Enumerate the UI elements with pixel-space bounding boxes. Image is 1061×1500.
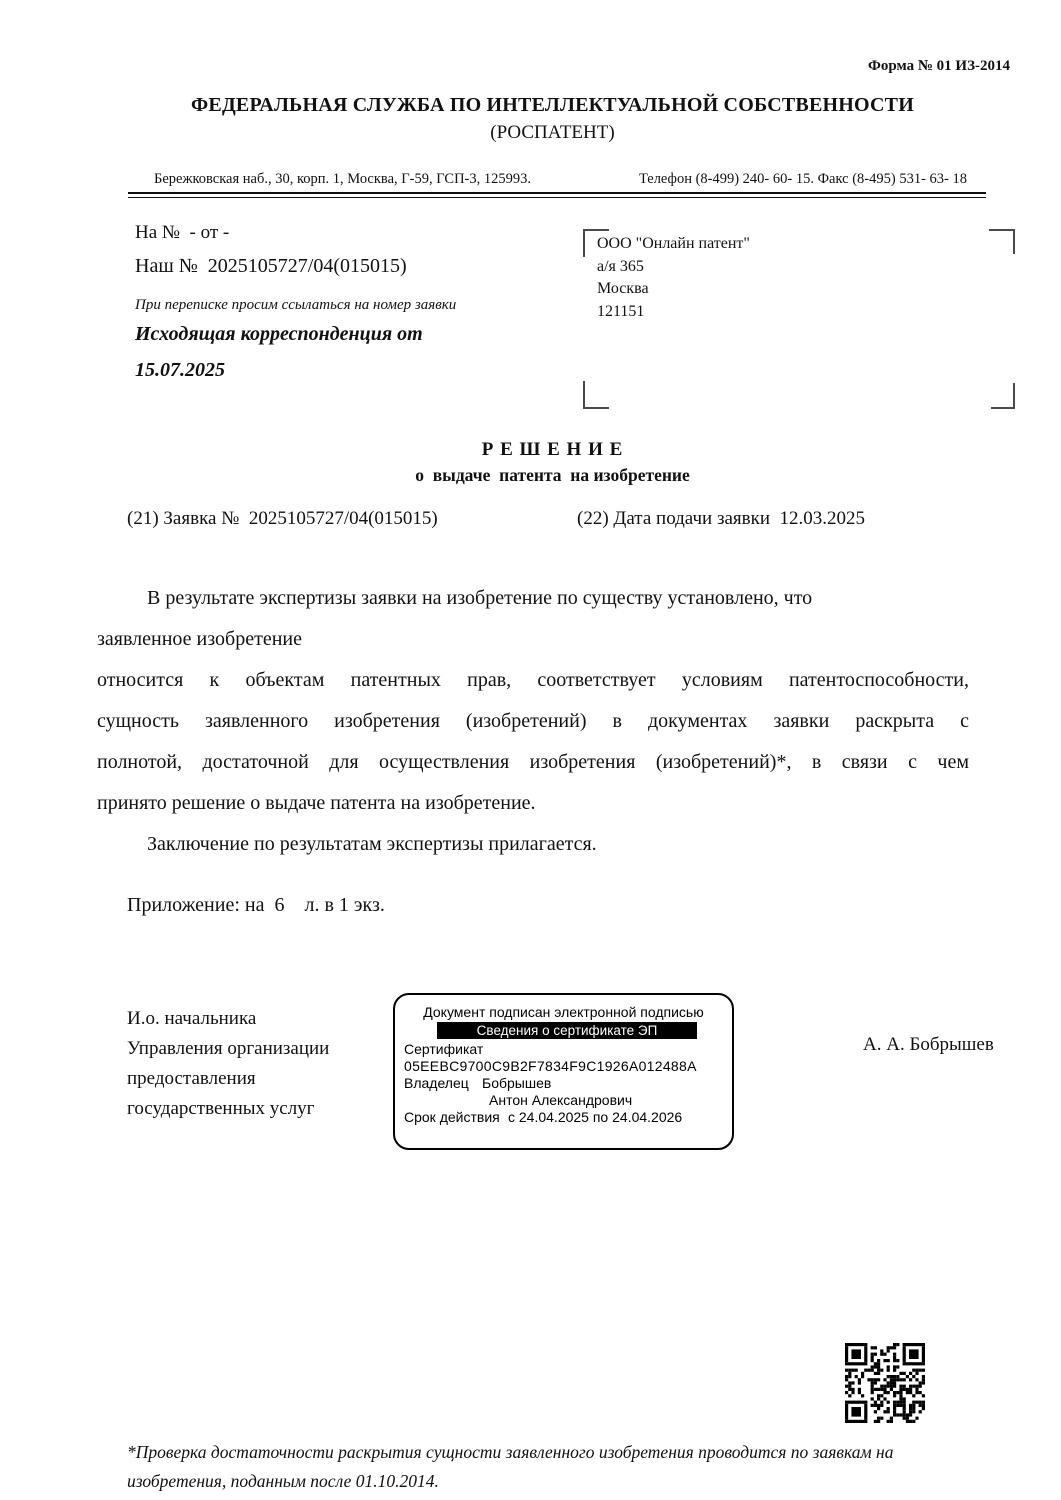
org-short-name: (РОСПАТЕНТ) [120,122,985,144]
recipient-zip: 121151 [597,301,750,324]
stamp-owner-patronymic: Антон Александрович [489,1092,632,1108]
body-line: сущность заявленного изобретения (изобре… [97,701,969,742]
body-line: полнотой, достаточной для осуществления … [97,742,969,783]
stamp-cert-label: Сертификат [404,1041,483,1057]
signer-position-line: И.о. начальника [127,1004,329,1034]
outgoing-date: 15.07.2025 [135,359,225,382]
address-window-corner-bottom-left [583,381,609,409]
decision-subtitle: о выдаче патента на изобретение [120,465,985,486]
document-page: Форма № 01 ИЗ-2014 ФЕДЕРАЛЬНАЯ СЛУЖБА ПО… [0,0,1061,1500]
digital-signature-stamp: Документ подписан электронной подписью С… [393,993,734,1150]
form-number: Форма № 01 ИЗ-2014 [868,58,1010,75]
recipient-name: ООО "Онлайн патент" [597,233,750,256]
body-line: Заключение по результатам экспертизы при… [97,824,969,865]
recipient-city: Москва [597,278,750,301]
signer-position: И.о. начальника Управления организации п… [127,1004,329,1124]
signer-position-line: предоставления [127,1064,329,1094]
our-ref-number: Наш № 2025105727/04(015015) [135,255,407,278]
stamp-owner-label: Владелец [404,1075,469,1091]
incoming-ref: На № - от - [135,222,229,244]
body-line: заявленное изобретение [97,619,969,660]
signer-position-line: государственных услуг [127,1094,329,1124]
field-22-filing-date: (22) Дата подачи заявки 12.03.2025 [577,508,865,530]
decision-body: В результате экспертизы заявки на изобре… [97,578,969,865]
stamp-cert-value: 05EEBC9700C9B2F7834F9C1926A012488A [404,1058,697,1074]
signer-position-line: Управления организации [127,1034,329,1064]
stamp-validity-value: с 24.04.2025 по 24.04.2026 [508,1109,682,1125]
stamp-owner-surname: Бобрышев [482,1075,551,1091]
stamp-certificate-banner: Сведения о сертификате ЭП [437,1022,697,1039]
body-line: В результате экспертизы заявки на изобре… [97,578,969,619]
stamp-title: Документ подписан электронной подписью [395,1004,732,1020]
address-window-corner-top-right [989,229,1015,254]
org-name-heading: ФЕДЕРАЛЬНАЯ СЛУЖБА ПО ИНТЕЛЛЕКТУАЛЬНОЙ С… [120,94,985,117]
attachment-line: Приложение: на 6 л. в 1 экз. [127,894,385,917]
decision-title: Р Е Ш Е Н И Е [120,439,985,461]
field-21-application: (21) Заявка № 2025105727/04(015015) [127,508,438,530]
qr-code-icon [845,1343,925,1423]
phone-fax: Телефон (8-499) 240- 60- 15. Факс (8-495… [639,171,967,188]
address-window-corner-bottom-right [991,383,1015,409]
header-divider [128,192,986,198]
outgoing-label: Исходящая корреспонденция от [135,323,423,346]
postal-address: Бережковская наб., 30, корп. 1, Москва, … [154,171,531,188]
signer-name: А. А. Бобрышев [863,1034,994,1056]
body-line: относится к объектам патентных прав, соо… [97,660,969,701]
recipient-po-box: а/я 365 [597,256,750,279]
contact-line: Бережковская наб., 30, корп. 1, Москва, … [120,171,985,188]
body-line: принято решение о выдаче патента на изоб… [97,783,969,824]
stamp-validity-label: Срок действия [404,1109,500,1125]
recipient-address-block: ООО "Онлайн патент" а/я 365 Москва 12115… [597,233,750,323]
correspondence-note: При переписке просим ссылаться на номер … [135,297,456,314]
footnote: *Проверка достаточности раскрытия сущнос… [127,1438,927,1496]
